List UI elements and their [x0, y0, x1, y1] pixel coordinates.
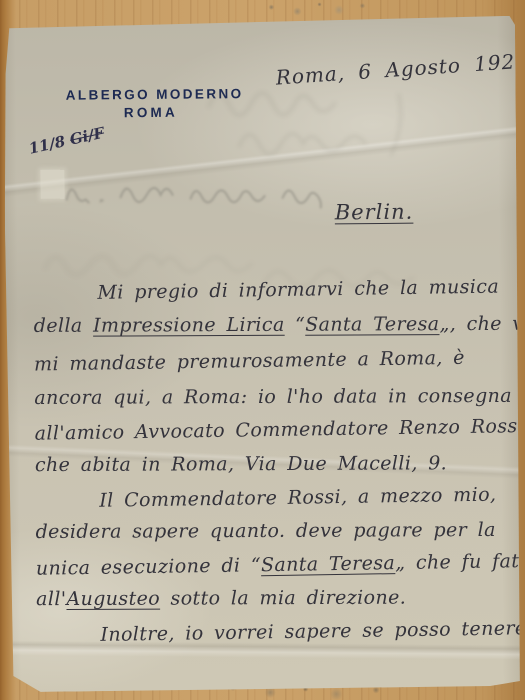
photo-of-letter-on-wooden-table: { "colors": { "wood": "#c59c64", "paper"… — [0, 0, 525, 700]
removed-sticker-patch — [40, 170, 64, 199]
handwriting-line: unica esecuzione di “Santa Teresa„ che f… — [36, 548, 525, 582]
archival-reference: 11/8 Gi/F — [27, 124, 106, 158]
letter-paper: ALBERGO MODERNO ROMA Roma, 6 Agosto 1926… — [3, 16, 521, 692]
handwriting-line: all'amico Avvocato Commendatore Renzo Ro… — [34, 413, 525, 447]
handwriting-line: ancora qui, a Roma: io l'ho data in cons… — [34, 383, 512, 411]
handwriting-line: Mi pregio di informarvi che la musica — [97, 274, 499, 306]
handwriting-line: della Impressione Lirica “Santa Teresa„,… — [34, 311, 525, 339]
handwriting-line: desidera sapere quanto. deve pagare per … — [35, 517, 495, 545]
handwriting-line: all'Augusteo sotto la mia direzione. — [36, 585, 406, 613]
handwritten-date: Roma, 6 Agosto 1926. — [275, 48, 525, 90]
letterhead-block: ALBERGO MODERNO ROMA — [66, 86, 236, 120]
handwriting-line: mi mandaste premurosamente a Roma, è — [34, 345, 465, 378]
handwriting-line: che abita in Roma, Via Due Macelli, 9. — [35, 450, 447, 478]
handwriting-line: Il Commendatore Rossi, a mezzo mio, — [99, 482, 497, 514]
letterhead-hotel-name: ALBERGO MODERNO — [66, 86, 236, 102]
recipient-city: Berlin. — [335, 200, 414, 225]
erased-address-line — [60, 167, 360, 221]
reference-code-struck: Gi/F — [68, 124, 106, 149]
handwriting-line: Inoltre, io vorrei sapere se posso tener… — [100, 615, 525, 648]
letter-body: Mi pregio di informarvi che la musica de… — [3, 16, 515, 20]
reference-number: 11/8 — [27, 132, 67, 158]
letterhead-city: ROMA — [66, 104, 236, 120]
